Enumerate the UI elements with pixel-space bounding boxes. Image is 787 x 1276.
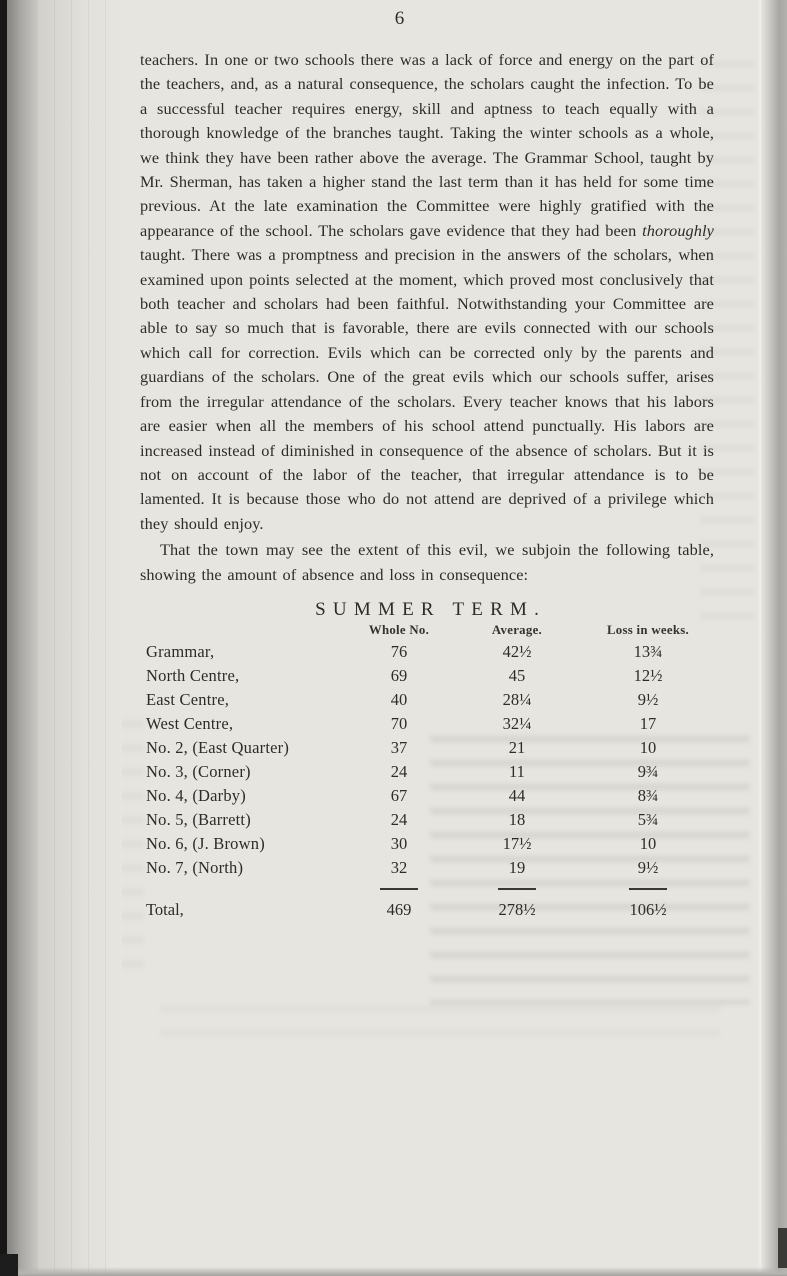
school-name: West Centre, bbox=[146, 710, 348, 734]
school-name: No. 7, (North) bbox=[146, 854, 348, 878]
book-binding-gradient bbox=[7, 0, 37, 1276]
column-header-loss-in-weeks: Loss in weeks. bbox=[584, 623, 712, 638]
scan-corner-bottom-right bbox=[778, 1228, 787, 1268]
table-row: No. 6, (J. Brown) 30 17½ 10 bbox=[146, 830, 712, 854]
loss-in-weeks-value: 8¾ bbox=[584, 782, 712, 806]
whole-no-value: 24 bbox=[348, 806, 450, 830]
total-loss-in-weeks: 106½ bbox=[584, 890, 712, 920]
page-bottom-edge bbox=[0, 1267, 787, 1276]
school-name: East Centre, bbox=[146, 686, 348, 710]
loss-in-weeks-value: 9½ bbox=[584, 686, 712, 710]
column-header-average: Average. bbox=[450, 623, 584, 638]
average-value: 45 bbox=[450, 662, 584, 686]
loss-in-weeks-value: 10 bbox=[584, 830, 712, 854]
table-row: No. 7, (North) 32 19 9½ bbox=[146, 854, 712, 878]
table-row: Grammar, 76 42½ 13¾ bbox=[146, 638, 712, 662]
page-body: teachers. In one or two schools there wa… bbox=[140, 48, 714, 920]
average-value: 32¼ bbox=[450, 710, 584, 734]
loss-in-weeks-value: 9¾ bbox=[584, 758, 712, 782]
school-name: No. 2, (East Quarter) bbox=[146, 734, 348, 758]
loss-in-weeks-value: 13¾ bbox=[584, 638, 712, 662]
whole-no-value: 30 bbox=[348, 830, 450, 854]
total-label: Total, bbox=[146, 890, 348, 920]
loss-in-weeks-value: 5¾ bbox=[584, 806, 712, 830]
loss-in-weeks-value: 9½ bbox=[584, 854, 712, 878]
loss-in-weeks-value: 12½ bbox=[584, 662, 712, 686]
table-row: No. 5, (Barrett) 24 18 5¾ bbox=[146, 806, 712, 830]
loss-in-weeks-value: 10 bbox=[584, 734, 712, 758]
scan-corner-bottom-left bbox=[0, 1254, 18, 1276]
average-value: 17½ bbox=[450, 830, 584, 854]
school-name: No. 4, (Darby) bbox=[146, 782, 348, 806]
page-left-edge-stack bbox=[37, 0, 122, 1276]
page-number: 6 bbox=[140, 8, 660, 30]
whole-no-value: 24 bbox=[348, 758, 450, 782]
whole-no-value: 37 bbox=[348, 734, 450, 758]
total-row: Total, 469 278½ 106½ bbox=[146, 890, 712, 920]
table-title: SUMMER TERM. bbox=[140, 599, 714, 621]
table-spacer-row bbox=[146, 878, 712, 888]
school-name: North Centre, bbox=[146, 662, 348, 686]
whole-no-value: 69 bbox=[348, 662, 450, 686]
average-value: 44 bbox=[450, 782, 584, 806]
whole-no-value: 76 bbox=[348, 638, 450, 662]
page-right-edge bbox=[761, 0, 787, 1276]
book-binding-dark-edge bbox=[0, 0, 7, 1276]
body-paragraph-2: That the town may see the extent of this… bbox=[140, 538, 714, 587]
average-value: 19 bbox=[450, 854, 584, 878]
school-name: No. 3, (Corner) bbox=[146, 758, 348, 782]
column-header-label bbox=[146, 623, 348, 638]
table-header-row: Whole No. Average. Loss in weeks. bbox=[146, 623, 712, 638]
column-header-whole-no: Whole No. bbox=[348, 623, 450, 638]
whole-no-value: 32 bbox=[348, 854, 450, 878]
table-row: No. 2, (East Quarter) 37 21 10 bbox=[146, 734, 712, 758]
summer-term-table: Whole No. Average. Loss in weeks. Gramma… bbox=[146, 623, 712, 920]
bleedthrough-artifact bbox=[160, 1005, 720, 1045]
table-row: No. 3, (Corner) 24 11 9¾ bbox=[146, 758, 712, 782]
table-row: North Centre, 69 45 12½ bbox=[146, 662, 712, 686]
table-row: No. 4, (Darby) 67 44 8¾ bbox=[146, 782, 712, 806]
average-value: 28¼ bbox=[450, 686, 584, 710]
school-name: Grammar, bbox=[146, 638, 348, 662]
total-average: 278½ bbox=[450, 890, 584, 920]
whole-no-value: 40 bbox=[348, 686, 450, 710]
loss-in-weeks-value: 17 bbox=[584, 710, 712, 734]
school-name: No. 6, (J. Brown) bbox=[146, 830, 348, 854]
whole-no-value: 67 bbox=[348, 782, 450, 806]
average-value: 11 bbox=[450, 758, 584, 782]
whole-no-value: 70 bbox=[348, 710, 450, 734]
body-paragraph-1: teachers. In one or two schools there wa… bbox=[140, 48, 714, 536]
average-value: 21 bbox=[450, 734, 584, 758]
table-row: East Centre, 40 28¼ 9½ bbox=[146, 686, 712, 710]
total-whole-no: 469 bbox=[348, 890, 450, 920]
average-value: 42½ bbox=[450, 638, 584, 662]
school-name: No. 5, (Barrett) bbox=[146, 806, 348, 830]
table-row: West Centre, 70 32¼ 17 bbox=[146, 710, 712, 734]
table-body: Grammar, 76 42½ 13¾ North Centre, 69 45 … bbox=[146, 638, 712, 878]
average-value: 18 bbox=[450, 806, 584, 830]
